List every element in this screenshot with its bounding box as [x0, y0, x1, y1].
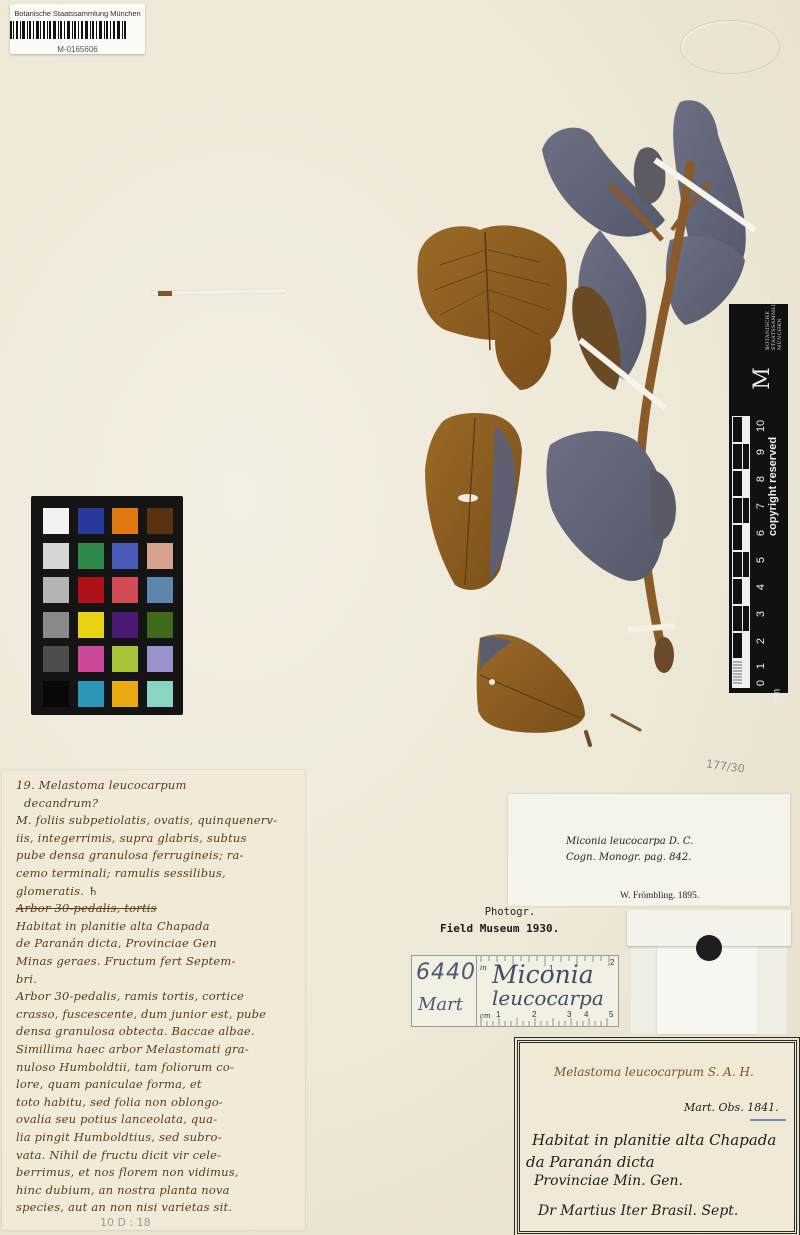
- manuscript-line: decandrum?: [24, 796, 98, 810]
- manuscript-line: Simillima haec arbor Melastomati gra-: [16, 1042, 249, 1056]
- detached-leaf-2: [425, 413, 522, 590]
- grey-leaf-middle: [546, 431, 676, 581]
- manuscript-line: Arbor 30-pedalis, ramis tortis, cortice: [16, 989, 244, 1003]
- inch-tick: 2: [610, 958, 614, 967]
- tick-label: 9: [755, 444, 767, 460]
- institution-text: BOTANISCHE STAATSSAMMLUNG MÜNCHEN: [765, 293, 783, 350]
- color-swatch: [43, 681, 69, 707]
- pencil-note: 10 D : 18: [100, 1216, 151, 1229]
- photo-stamp-line1: Photogr.: [460, 906, 560, 918]
- cm-tick: 5: [609, 1010, 613, 1019]
- color-swatch: [112, 577, 138, 603]
- manuscript-line: species, aut an non nisi varietas sit.: [16, 1200, 232, 1214]
- field-museum-card: 6440 Mart in 1 2 cm 1 2 3 4 5 Miconia le…: [411, 955, 619, 1027]
- manuscript-line: 19. Melastoma leucocarpum: [16, 778, 187, 792]
- manuscript-line: Minas geraes. Fructum fert Septem-: [16, 954, 236, 968]
- color-swatch: [147, 577, 173, 603]
- ruler-ticks: [732, 416, 750, 688]
- manuscript-line: de Paranán dicta, Provinciae Gen: [16, 936, 217, 950]
- packet-button[interactable]: [696, 935, 722, 961]
- determination-name: Miconia leucocarpa D. C.: [566, 836, 693, 847]
- color-swatch: [147, 543, 173, 569]
- color-swatch: [147, 646, 173, 672]
- color-swatch: [78, 646, 104, 672]
- color-swatch: [112, 612, 138, 638]
- manuscript-line: vata. Nihil de fructu dicit vir cele-: [16, 1148, 221, 1162]
- manuscript-line: pube densa granulosa ferrugineis; ra-: [16, 848, 244, 862]
- fragment-packet[interactable]: [627, 910, 793, 1035]
- branch-leaves: [542, 100, 746, 390]
- packet-side-right: [757, 946, 787, 1034]
- determination-label: Miconia leucocarpa D. C. Cogn. Monogr. p…: [508, 794, 790, 906]
- manuscript-line: M. foliis subpetiolatis, ovatis, quinque…: [16, 813, 277, 827]
- cm-tick: 4: [584, 1010, 588, 1019]
- embossed-stamp: [680, 20, 780, 74]
- color-swatch: [43, 508, 69, 534]
- collector-footer: Dr Martius Iter Brasil. Sept.: [538, 1203, 738, 1219]
- catalog-number: M-0165606: [10, 45, 145, 54]
- color-swatch: [78, 508, 104, 534]
- copyright-text: copyright reserved: [767, 437, 779, 536]
- determination-reference: Cogn. Monogr. pag. 842.: [566, 852, 691, 863]
- manuscript-line: berrimus, et nos florem non vidimus,: [16, 1165, 239, 1179]
- tick-label: 6: [755, 525, 767, 541]
- color-swatch: [43, 577, 69, 603]
- scale-bar: 10 9 8 7 6 5 4 3 2 1 0 cm copyright rese…: [729, 304, 788, 693]
- genus-name: Miconia: [492, 960, 594, 989]
- tick-label: 2: [755, 633, 767, 649]
- manuscript-line: cemo terminali; ramulis sessilibus,: [16, 866, 226, 880]
- color-swatch: [43, 646, 69, 672]
- observation-ref: Mart. Obs. 1841.: [684, 1101, 779, 1114]
- province: Provinciae Min. Gen.: [534, 1173, 683, 1189]
- inch-unit: in: [480, 964, 487, 972]
- tick-label: 3: [755, 606, 767, 622]
- color-swatch: [78, 681, 104, 707]
- packet-side-left: [631, 946, 659, 1034]
- institution-logo: M: [750, 367, 775, 390]
- color-swatch: [147, 508, 173, 534]
- manuscript-line: densa granulosa obtecta. Baccae albae.: [16, 1024, 255, 1038]
- tick-label: 1: [755, 658, 767, 674]
- color-swatch: [112, 543, 138, 569]
- detached-leaf-3: [477, 634, 585, 733]
- tick-label: 8: [755, 471, 767, 487]
- cm-tick: 2: [532, 1010, 536, 1019]
- barcode-label: Botanische Staatssammlung München M-0165…: [10, 4, 145, 54]
- stem-base: [654, 637, 674, 673]
- cm-tick: 3: [567, 1010, 571, 1019]
- color-swatch: [43, 543, 69, 569]
- tape-end: [158, 291, 172, 296]
- color-swatch: [147, 681, 173, 707]
- tick-label: 0: [755, 675, 767, 691]
- manuscript-line: Arbor 30-pedalis, tortis: [16, 901, 157, 915]
- cm-unit: cm: [480, 1012, 491, 1020]
- color-calibration-chart: [31, 496, 183, 715]
- unit-label: cm: [772, 688, 783, 704]
- blue-underline: [750, 1119, 786, 1121]
- habitat-line2: da Paranán dicta: [526, 1153, 655, 1171]
- photo-stamp-line2: Field Museum 1930.: [440, 922, 559, 935]
- color-swatch: [78, 612, 104, 638]
- tick-label: 4: [755, 579, 767, 595]
- tick-label: 5: [755, 552, 767, 568]
- manuscript-line: hinc dubium, an nostra planta nova: [16, 1183, 230, 1197]
- manuscript-line: Habitat in planitie alta Chapada: [16, 919, 210, 933]
- manuscript-line: lia pingit Humboldtius, sed subro-: [16, 1130, 222, 1144]
- manuscript-line: crasso, fuscescente, dum junior est, pub…: [16, 1007, 266, 1021]
- manuscript-line: toto habitu, sed folia non oblongo-: [16, 1095, 223, 1109]
- manuscript-line: glomeratis. ♄: [16, 884, 98, 898]
- collector-abbrev: Mart: [418, 994, 463, 1015]
- manuscript-line: ovalia seu potius lanceolata, qua-: [16, 1112, 217, 1126]
- color-swatch: [147, 612, 173, 638]
- manuscript-line: bri.: [16, 972, 37, 986]
- cm-tick: 1: [496, 1010, 500, 1019]
- determiner: W. Frömbling. 1895.: [620, 891, 699, 901]
- habitat-line1: Habitat in planitie alta Chapada: [532, 1131, 776, 1149]
- color-swatch: [43, 612, 69, 638]
- color-swatch: [78, 577, 104, 603]
- manuscript-line: lore, quam paniculae forma, et: [16, 1077, 202, 1091]
- color-swatch: [112, 646, 138, 672]
- original-label: Melastoma leucocarpum S. A. H. Mart. Obs…: [517, 1040, 797, 1234]
- barcode-icon: [10, 21, 128, 39]
- institution-name: Botanische Staatssammlung München: [10, 9, 145, 18]
- manuscript-line: iis, integerrimis, supra glabris, subtus: [16, 831, 247, 845]
- negative-number: 6440: [416, 960, 476, 985]
- detached-leaf-1: [417, 225, 566, 390]
- tick-label: 7: [755, 498, 767, 514]
- color-swatch: [112, 681, 138, 707]
- tape-strip: [152, 289, 286, 295]
- manuscript-description: 19. Melastoma leucocarpumdecandrum?M. fo…: [2, 770, 305, 1230]
- plant-specimen: [400, 90, 760, 770]
- tick-label: 10: [755, 418, 767, 434]
- original-name: Melastoma leucocarpum S. A. H.: [554, 1065, 754, 1079]
- epithet-name: leucocarpa: [492, 986, 604, 1010]
- color-swatch: [112, 508, 138, 534]
- manuscript-line: nuloso Humboldtii, tam foliorum co-: [16, 1060, 234, 1074]
- color-swatch: [78, 543, 104, 569]
